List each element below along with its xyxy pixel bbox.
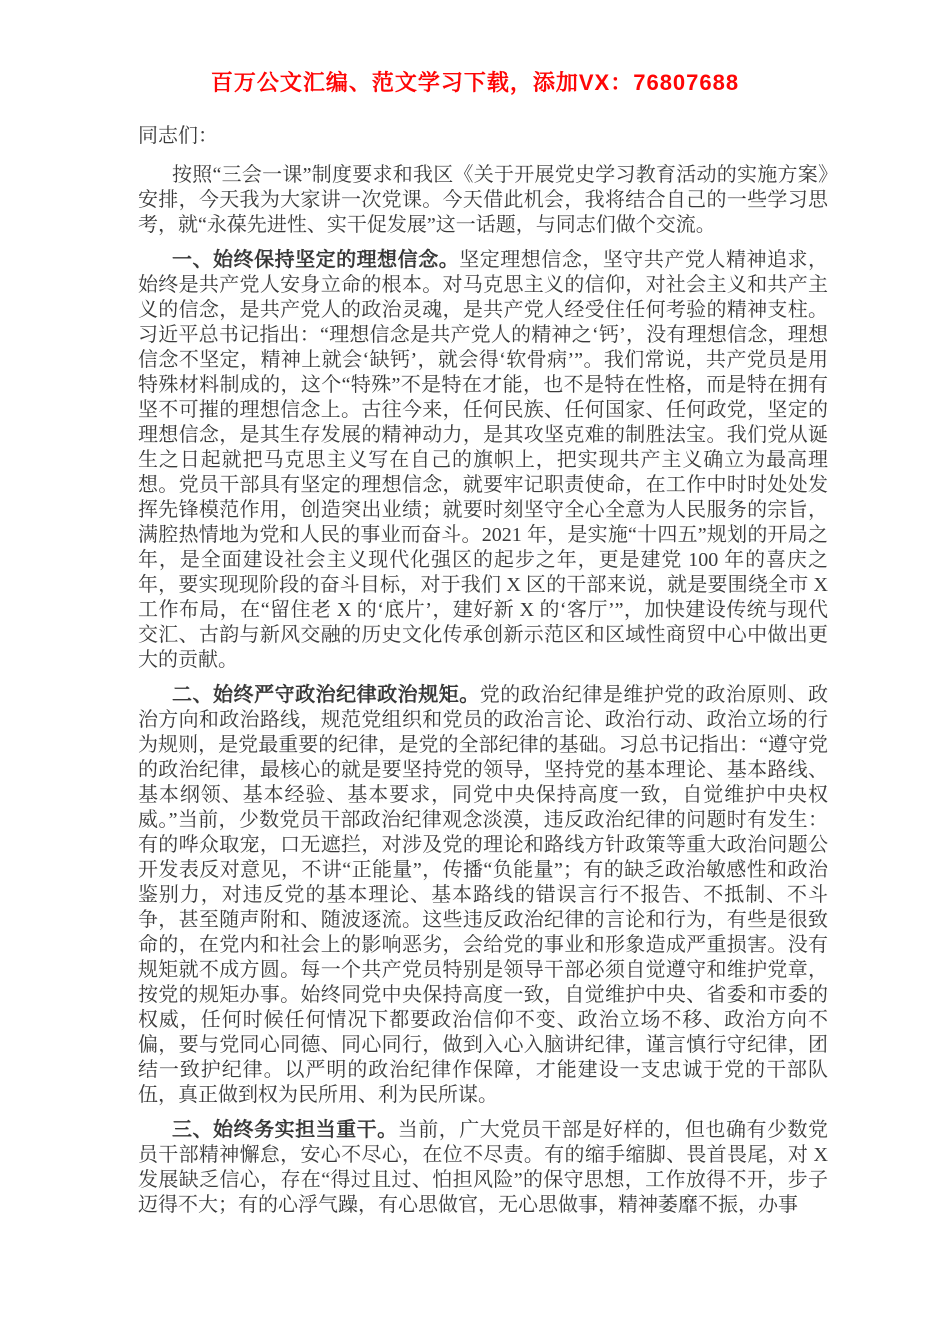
paragraph-heading: 三、始终务实担当重干。 (172, 1119, 398, 1141)
paragraph: 一、始终保持坚定的理想信念。坚定理想信念，坚守共产党人精神追求，始终是共产党人安… (138, 248, 828, 673)
paragraph: 按照“三会一课”制度要求和我区《关于开展党史学习教育活动的实施方案》安排，今天我… (138, 163, 828, 238)
greeting-text: 同志们： (138, 124, 828, 149)
paragraph: 二、始终严守政治纪律政治规矩。党的政治纪律是维护党的政治原则、政治方向和政治路线… (138, 683, 828, 1108)
paragraph-heading: 一、始终保持坚定的理想信念。 (172, 249, 459, 271)
document-body: 按照“三会一课”制度要求和我区《关于开展党史学习教育活动的实施方案》安排，今天我… (138, 163, 828, 1218)
paragraph-text: 按照“三会一课”制度要求和我区《关于开展党史学习教育活动的实施方案》安排，今天我… (138, 164, 828, 236)
header-ad-text: 百万公文汇编、范文学习下载，添加VX：76807688 (0, 70, 950, 96)
document-page: 百万公文汇编、范文学习下载，添加VX：76807688 同志们： 按照“三会一课… (0, 0, 950, 1344)
paragraph-text: 坚定理想信念，坚守共产党人精神追求，始终是共产党人安身立命的根本。对马克思主义的… (138, 249, 828, 671)
paragraph-heading: 二、始终严守政治纪律政治规矩。 (172, 684, 480, 706)
paragraph-text: 党的政治纪律是维护党的政治原则、政治方向和政治路线，规范党组织和党员的政治言论、… (138, 684, 828, 1106)
document-content: 同志们： 按照“三会一课”制度要求和我区《关于开展党史学习教育活动的实施方案》安… (0, 124, 950, 1218)
paragraph: 三、始终务实担当重干。当前，广大党员干部是好样的，但也确有少数党员干部精神懈怠，… (138, 1118, 828, 1218)
